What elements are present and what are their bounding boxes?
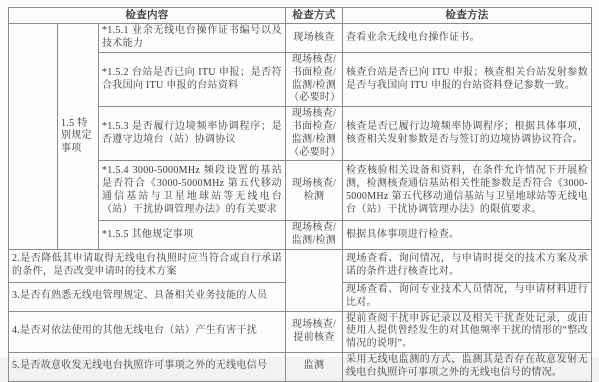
header-row: 检查内容 检查方式 检查方法: [9, 8, 592, 24]
content-cell: 5.是否故意收发无线电台执照许可事项之外的无线电信号: [9, 352, 286, 381]
header-inspection-content: 检查内容: [9, 8, 286, 24]
method-cell: 提前查阅干扰申诉记录以及相关干扰查处记录，或由使用人提供曾经发生的对其他频率干扰…: [343, 311, 592, 352]
content-cell: *1.5.3 是否履行边境频率协调程序；是否遵守边境台（站）协调协议: [99, 107, 286, 161]
mode-cell: 现场核查: [286, 24, 343, 53]
header-inspection-method: 检查方法: [343, 8, 592, 24]
table-row: 1.5 特别规定事项 *1.5.1 业余无线电台操作证书编号以及技术能力 现场核…: [9, 24, 592, 53]
method-cell: 采用无线电监测的方式，监测其是否存在故意发射无线电台执照许可事项之外的无线电信号…: [343, 352, 592, 381]
method-cell: 现场查看、询问专业技术人员情况，与申请材料进行比对。: [343, 283, 592, 312]
mode-cell: 现场核查/书面检查/监测/检测（必要时）: [286, 107, 343, 161]
header-inspection-mode: 检查方式: [286, 8, 343, 24]
content-cell: *1.5.4 3000-5000MHz 频段设置的基站是否符合《3000-500…: [99, 161, 286, 221]
method-cell: 核查是否已履行边境频率协调程序；根据具体事项，核查相关发射参数是否与签订的边境协…: [343, 107, 592, 161]
content-cell: *1.5.5 其他规定事项: [99, 221, 286, 250]
mode-cell: 监测: [286, 352, 343, 381]
content-cell: 4.是否对依法使用的其他无线电台（站）产生有害干扰: [9, 311, 286, 352]
content-cell: *1.5.1 业余无线电台操作证书编号以及技术能力: [99, 24, 286, 53]
mode-cell-empty: [286, 250, 343, 312]
method-cell: 现场查看、询问情况，与申请时提交的技术方案及承诺的条件进行核查比对。: [343, 250, 592, 283]
mode-cell: 现场核查/提前核查: [286, 311, 343, 352]
inspection-checklist-table: 检查内容 检查方式 检查方法 1.5 特别规定事项 *1.5.1 业余无线电台操…: [8, 7, 592, 382]
mode-cell: 现场核查/检测: [286, 161, 343, 221]
outer-group-empty-cell: [9, 24, 58, 250]
content-cell: 3.是否有熟悉无线电管理规定、具备相关业务技能的人员: [9, 283, 286, 312]
mode-cell: 现场核查/书面检查/监测/检测（必要时）: [286, 53, 343, 107]
content-cell: *1.5.2 台站是否已向 ITU 申报；是否符合我国向 ITU 申报的台站资料: [99, 53, 286, 107]
method-cell: 根据具体事项进行检查。: [343, 221, 592, 250]
document-page: 检查内容 检查方式 检查方法 1.5 特别规定事项 *1.5.1 业余无线电台操…: [0, 0, 599, 357]
mode-cell: 现场核查/监测/检测: [286, 221, 343, 250]
group-label-cell: 1.5 特别规定事项: [58, 24, 99, 250]
table-row: 2.是否降低其申请取得无线电台执照时应当符合或自行承诺的条件，是否改变申请时的技…: [9, 250, 592, 283]
method-cell: 查看业余无线电台操作证书。: [343, 24, 592, 53]
method-cell: 核查台站是否已向 ITU 申报；核查相关台站发射参数是否与我国向 ITU 申报的…: [343, 53, 592, 107]
method-cell: 检查核验相关设备和资料，在条件允许情况下开展检测，检测核查通信基站相关性能参数是…: [343, 161, 592, 221]
content-cell: 2.是否降低其申请取得无线电台执照时应当符合或自行承诺的条件，是否改变申请时的技…: [9, 250, 286, 283]
table-row: 4.是否对依法使用的其他无线电台（站）产生有害干扰 现场核查/提前核查 提前查阅…: [9, 311, 592, 352]
